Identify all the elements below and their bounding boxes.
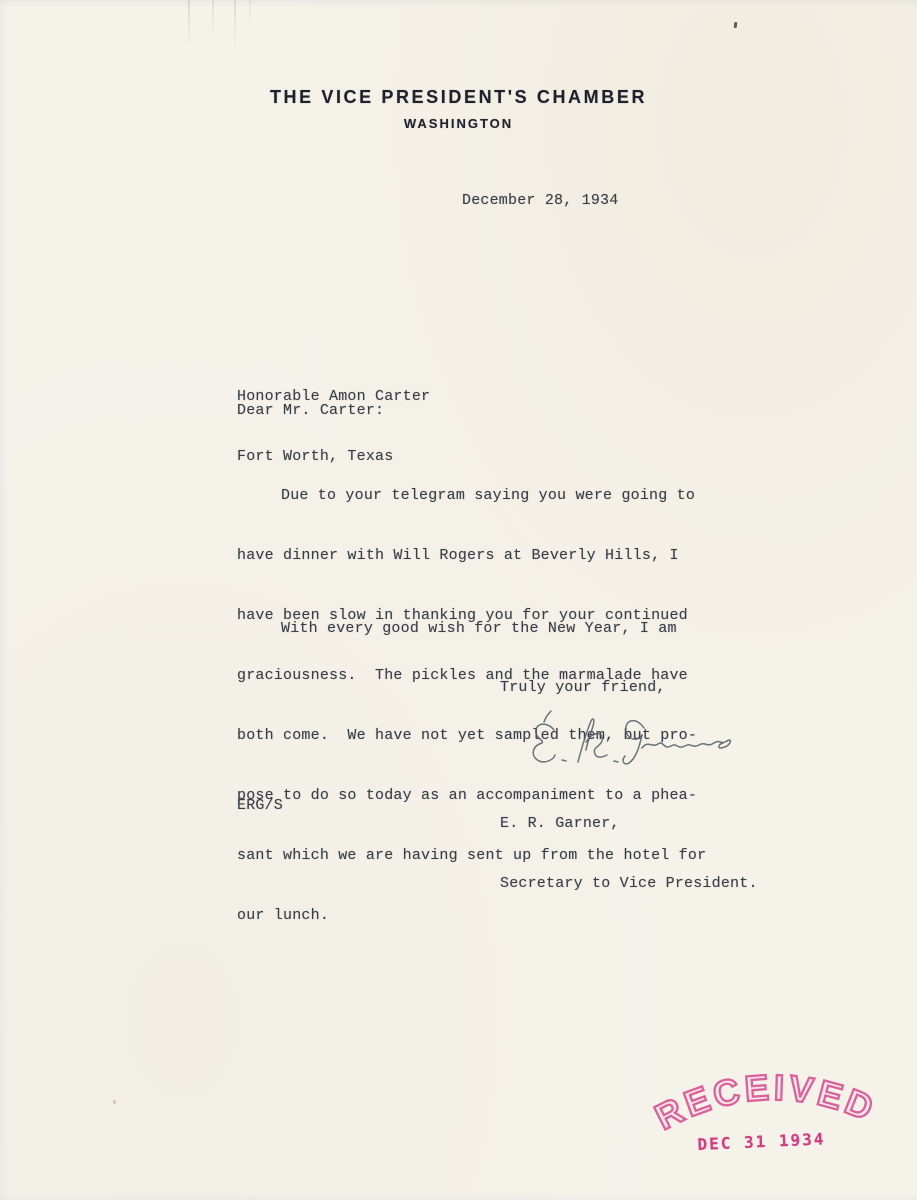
signature-stroke xyxy=(544,711,551,722)
letterhead: THE VICE PRESIDENT'S CHAMBER WASHINGTON xyxy=(0,87,917,131)
signature-stroke xyxy=(614,761,618,762)
ink-speck xyxy=(113,1100,116,1104)
signer-name: E. R. Garner, xyxy=(500,814,758,834)
signature-stroke xyxy=(562,760,566,761)
signature-stroke xyxy=(586,734,607,758)
signature-stroke xyxy=(642,741,727,748)
svg-text:RECEIVED: RECEIVED xyxy=(647,1062,882,1139)
signature-block: E. R. Garner, Secretary to Vice Presiden… xyxy=(500,774,758,934)
salutation: Dear Mr. Carter: xyxy=(237,401,384,421)
scan-streak xyxy=(234,0,236,52)
body-line: have dinner with Will Rogers at Beverly … xyxy=(237,546,706,566)
scan-streak xyxy=(188,0,190,48)
scan-streak xyxy=(249,0,251,30)
signer-title: Secretary to Vice President. xyxy=(500,874,758,894)
body-line: Due to your telegram saying you were goi… xyxy=(237,486,706,506)
body-paragraph-2: With every good wish for the New Year, I… xyxy=(237,619,677,639)
scan-streak xyxy=(212,0,214,38)
letterhead-city: WASHINGTON xyxy=(0,116,917,131)
signature-stroke xyxy=(719,740,731,748)
scanned-letter-page: THE VICE PRESIDENT'S CHAMBER WASHINGTON … xyxy=(0,0,917,1200)
stamp-word: RECEIVED xyxy=(647,1062,882,1139)
ink-speck xyxy=(734,22,738,28)
letterhead-title: THE VICE PRESIDENT'S CHAMBER xyxy=(0,87,917,108)
date-line: December 28, 1934 xyxy=(462,191,618,211)
signature-stroke xyxy=(533,724,555,762)
handwritten-signature xyxy=(524,704,736,772)
typist-initials: ERG/S xyxy=(237,796,283,816)
received-stamp: RECEIVED DEC 31 1934 xyxy=(638,1051,892,1168)
signature-stroke xyxy=(578,719,594,762)
closing-line: Truly your friend, xyxy=(500,678,666,698)
